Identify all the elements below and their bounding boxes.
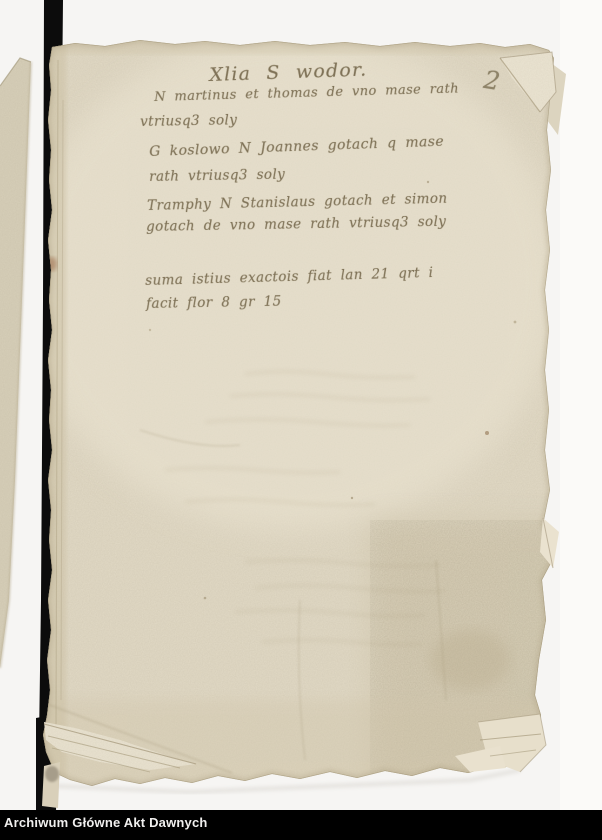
archive-caption-bar: Archiwum Główne Akt Dawnych — [0, 810, 602, 840]
spine-paper-scrap — [42, 762, 60, 808]
document-scan-graphic — [0, 0, 602, 840]
handwritten-line-4: rath vtriusq3 soly — [149, 167, 285, 185]
handwritten-line-2: vtriusq3 soly — [140, 112, 237, 130]
handwritten-summary-line-2: facit flor 8 gr 15 — [146, 294, 282, 312]
archive-caption-text: Archiwum Główne Akt Dawnych — [4, 815, 208, 830]
scanned-document: Xlia S wodor. N martinus et thomas de vn… — [0, 0, 602, 840]
